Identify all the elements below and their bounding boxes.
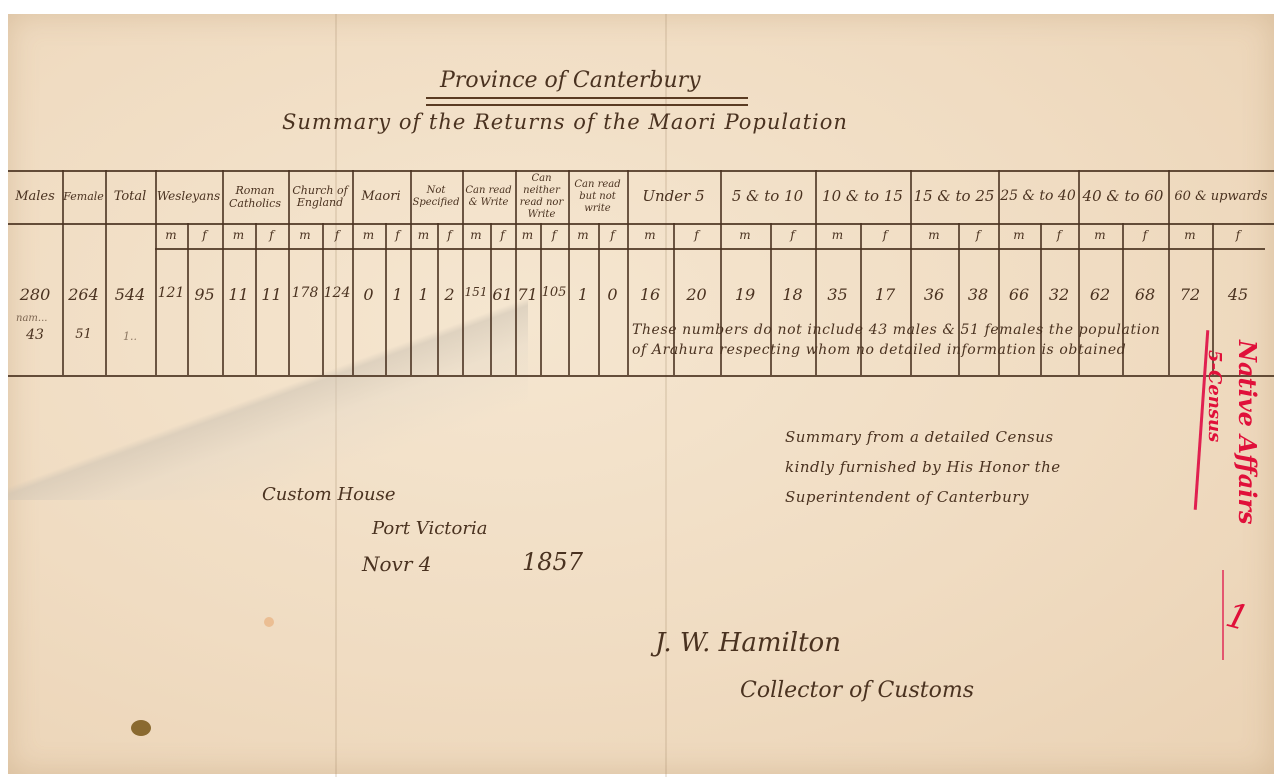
sub-header-f: f: [860, 228, 910, 242]
col-header-15-to-25: 15 & to 25: [910, 170, 998, 223]
sub-header-f: f: [1122, 228, 1168, 242]
value-40to60-m: 62: [1078, 285, 1122, 304]
col-header-not-specified: Not Specified: [410, 170, 462, 223]
value-readwrite-m: 151: [462, 285, 490, 299]
value-rc-m: 11: [222, 285, 255, 304]
col-header-roman-catholics: Roman Catholics: [222, 170, 288, 223]
value-60up-f: 45: [1212, 285, 1264, 304]
value-25to40-m: 66: [998, 285, 1040, 304]
col-header-read-not-write: Can read but not write: [568, 170, 627, 223]
value-15to25-m: 36: [910, 285, 958, 304]
col-header-60-upwards: 60 & upwards: [1168, 170, 1274, 223]
value-40to60-f: 68: [1122, 285, 1168, 304]
population-table: Males Female Total Wesleyans Roman Catho…: [8, 170, 1274, 385]
value-5to10-m: 19: [720, 285, 770, 304]
sub-header-m: m: [1168, 228, 1212, 242]
col-header-can-neither: Can neither read nor Write: [515, 170, 568, 223]
value-readnotwrite-m: 1: [568, 285, 598, 304]
sub-header-m: m: [720, 228, 770, 242]
second-row-total: 1..: [105, 330, 155, 343]
origin-line-1: Custom House: [262, 484, 395, 505]
value-rc-f: 11: [255, 285, 288, 304]
red-pencil-stroke: [1222, 570, 1224, 660]
col-header-church-of-england: Church of England: [288, 170, 352, 223]
sub-header-f: f: [1040, 228, 1078, 242]
sub-header-f: f: [1212, 228, 1264, 242]
value-notspec-m: 1: [410, 285, 437, 304]
value-25to40-f: 32: [1040, 285, 1078, 304]
sub-header-m: m: [352, 228, 385, 242]
value-maori-f: 1: [385, 285, 410, 304]
value-wesleyans-f: 95: [187, 285, 222, 304]
sub-header-m: m: [910, 228, 958, 242]
second-row-females: 51: [62, 327, 105, 342]
table-note-line-2: of Arahura respecting whom no detailed i…: [632, 342, 1126, 358]
value-readwrite-f: 61: [490, 285, 515, 304]
sub-header-f: f: [958, 228, 998, 242]
signature-title: Collector of Customs: [740, 678, 974, 703]
col-header-males: Males: [8, 170, 62, 223]
value-readnotwrite-f: 0: [598, 285, 627, 304]
sub-header-m: m: [1078, 228, 1122, 242]
value-10to15-m: 35: [815, 285, 860, 304]
sub-header-f: f: [490, 228, 515, 242]
value-wesleyans-m: 121: [155, 285, 187, 301]
sub-header-m: m: [222, 228, 255, 242]
col-header-can-read-write: Can read & Write: [462, 170, 515, 223]
value-males: 280: [8, 285, 62, 304]
value-notspec-f: 2: [437, 285, 462, 304]
second-row-males: 43: [8, 327, 62, 343]
sub-header-m: m: [815, 228, 860, 242]
native-affairs-annotation: Native Affairs: [1233, 340, 1262, 525]
sub-header-m: m: [155, 228, 187, 242]
document-subtitle: Summary of the Returns of the Maori Popu…: [282, 110, 848, 134]
sub-header-m: m: [568, 228, 598, 242]
signature-name: J. W. Hamilton: [655, 628, 841, 658]
origin-date: Novr 4: [362, 552, 431, 576]
value-neither-f: 105: [540, 285, 568, 300]
foxing-spot: [264, 617, 274, 627]
col-header-maori: Maori: [352, 170, 410, 223]
census-note-line-1: Summary from a detailed Census: [785, 428, 1054, 446]
census-annotation: 5-Census: [1204, 350, 1225, 442]
sub-header-m: m: [515, 228, 540, 242]
col-header-10-to-15: 10 & to 15: [815, 170, 910, 223]
col-header-under-5: Under 5: [627, 170, 720, 223]
col-header-wesleyans: Wesleyans: [155, 170, 222, 223]
sub-header-m: m: [410, 228, 437, 242]
title-underline: [426, 97, 748, 106]
value-total: 544: [105, 285, 155, 304]
value-5to10-f: 18: [770, 285, 815, 304]
table-note-line-1: These numbers do not include 43 males & …: [632, 322, 1160, 338]
value-under5-f: 20: [673, 285, 720, 304]
sub-header-f: f: [437, 228, 462, 242]
table-rule: [8, 375, 1274, 377]
sub-header-m: m: [462, 228, 490, 242]
document-title: Province of Canterbury: [440, 68, 701, 93]
value-neither-m: 71: [515, 285, 540, 304]
value-15to25-f: 38: [958, 285, 998, 304]
ink-stain: [131, 720, 151, 736]
sub-header-f: f: [673, 228, 720, 242]
value-coe-f: 124: [322, 285, 352, 301]
col-header-40-to-60: 40 & to 60: [1078, 170, 1168, 223]
sub-header-m: m: [288, 228, 322, 242]
col-header-total: Total: [105, 170, 155, 223]
sub-header-f: f: [322, 228, 352, 242]
second-row-label: nam...: [16, 313, 56, 324]
origin-year: 1857: [522, 548, 583, 576]
sub-header-m: m: [627, 228, 673, 242]
census-note-line-2: kindly furnished by His Honor the: [785, 458, 1061, 476]
value-60up-m: 72: [1168, 285, 1212, 304]
sub-header-f: f: [598, 228, 627, 242]
value-10to15-f: 17: [860, 285, 910, 304]
sub-header-f: f: [255, 228, 288, 242]
sub-header-m: m: [998, 228, 1040, 242]
census-note-line-3: Superintendent of Canterbury: [785, 488, 1029, 506]
col-header-5-to-10: 5 & to 10: [720, 170, 815, 223]
value-females: 264: [62, 285, 105, 304]
sub-header-f: f: [770, 228, 815, 242]
value-under5-m: 16: [627, 285, 673, 304]
origin-line-2: Port Victoria: [372, 518, 487, 539]
col-header-females: Female: [62, 170, 105, 223]
value-coe-m: 178: [288, 285, 322, 301]
sub-header-f: f: [187, 228, 222, 242]
value-maori-m: 0: [352, 285, 385, 304]
col-header-25-to-40: 25 & to 40: [998, 170, 1078, 223]
sub-header-f: f: [385, 228, 410, 242]
table-rule: [8, 223, 1274, 225]
sub-header-f: f: [540, 228, 568, 242]
